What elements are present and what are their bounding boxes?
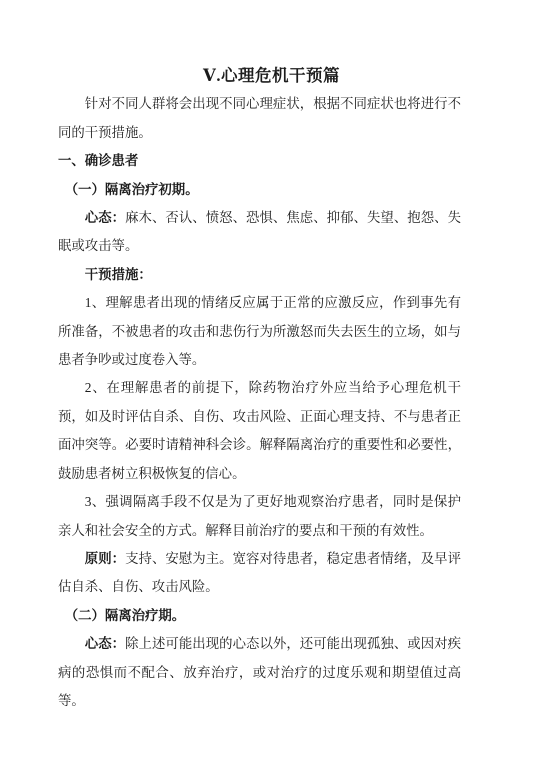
principle-label: 原则： [85,551,125,566]
subsection-heading-isolation-period: （二）隔离治疗期。 [58,602,461,630]
subsection-heading-isolation-early-stage: （一）隔离治疗初期。 [58,176,461,204]
document-page: Ⅴ.心理危机干预篇 针对不同人群将会出现不同心理症状，根据不同症状也将进行不同的… [0,0,543,768]
intro-paragraph: 针对不同人群将会出现不同心理症状，根据不同症状也将进行不同的干预措施。 [58,90,461,147]
mindset-label-2: 心态： [85,636,125,651]
page-title: Ⅴ.心理危机干预篇 [0,0,543,90]
measure-item-1: 1、理解患者出现的情绪反应属于正常的应激反应，作到事先有所准备，不被患者的攻击和… [58,289,461,374]
measures-label: 干预措施： [58,261,461,289]
measure-item-3: 3、强调隔离手段不仅是为了更好地观察治疗患者，同时是保护亲人和社会安全的方式。解… [58,488,461,545]
section-heading-confirmed-patients: 一、确诊患者 [58,147,461,175]
mindset-paragraph-1: 心态：麻木、否认、愤怒、恐惧、焦虑、抑郁、失望、抱怨、失眠或攻击等。 [58,204,461,261]
document-body: 针对不同人群将会出现不同心理症状，根据不同症状也将进行不同的干预措施。 一、确诊… [58,90,461,715]
principle-paragraph: 原则：支持、安慰为主。宽容对待患者，稳定患者情绪，及早评估自杀、自伤、攻击风险。 [58,545,461,602]
mindset-label-1: 心态： [85,210,125,225]
mindset-paragraph-2: 心态：除上述可能出现的心态以外，还可能出现孤独、或因对疾病的恐惧而不配合、放弃治… [58,630,461,715]
measure-item-2: 2、在理解患者的前提下，除药物治疗外应当给予心理危机干预，如及时评估自杀、自伤、… [58,374,461,488]
